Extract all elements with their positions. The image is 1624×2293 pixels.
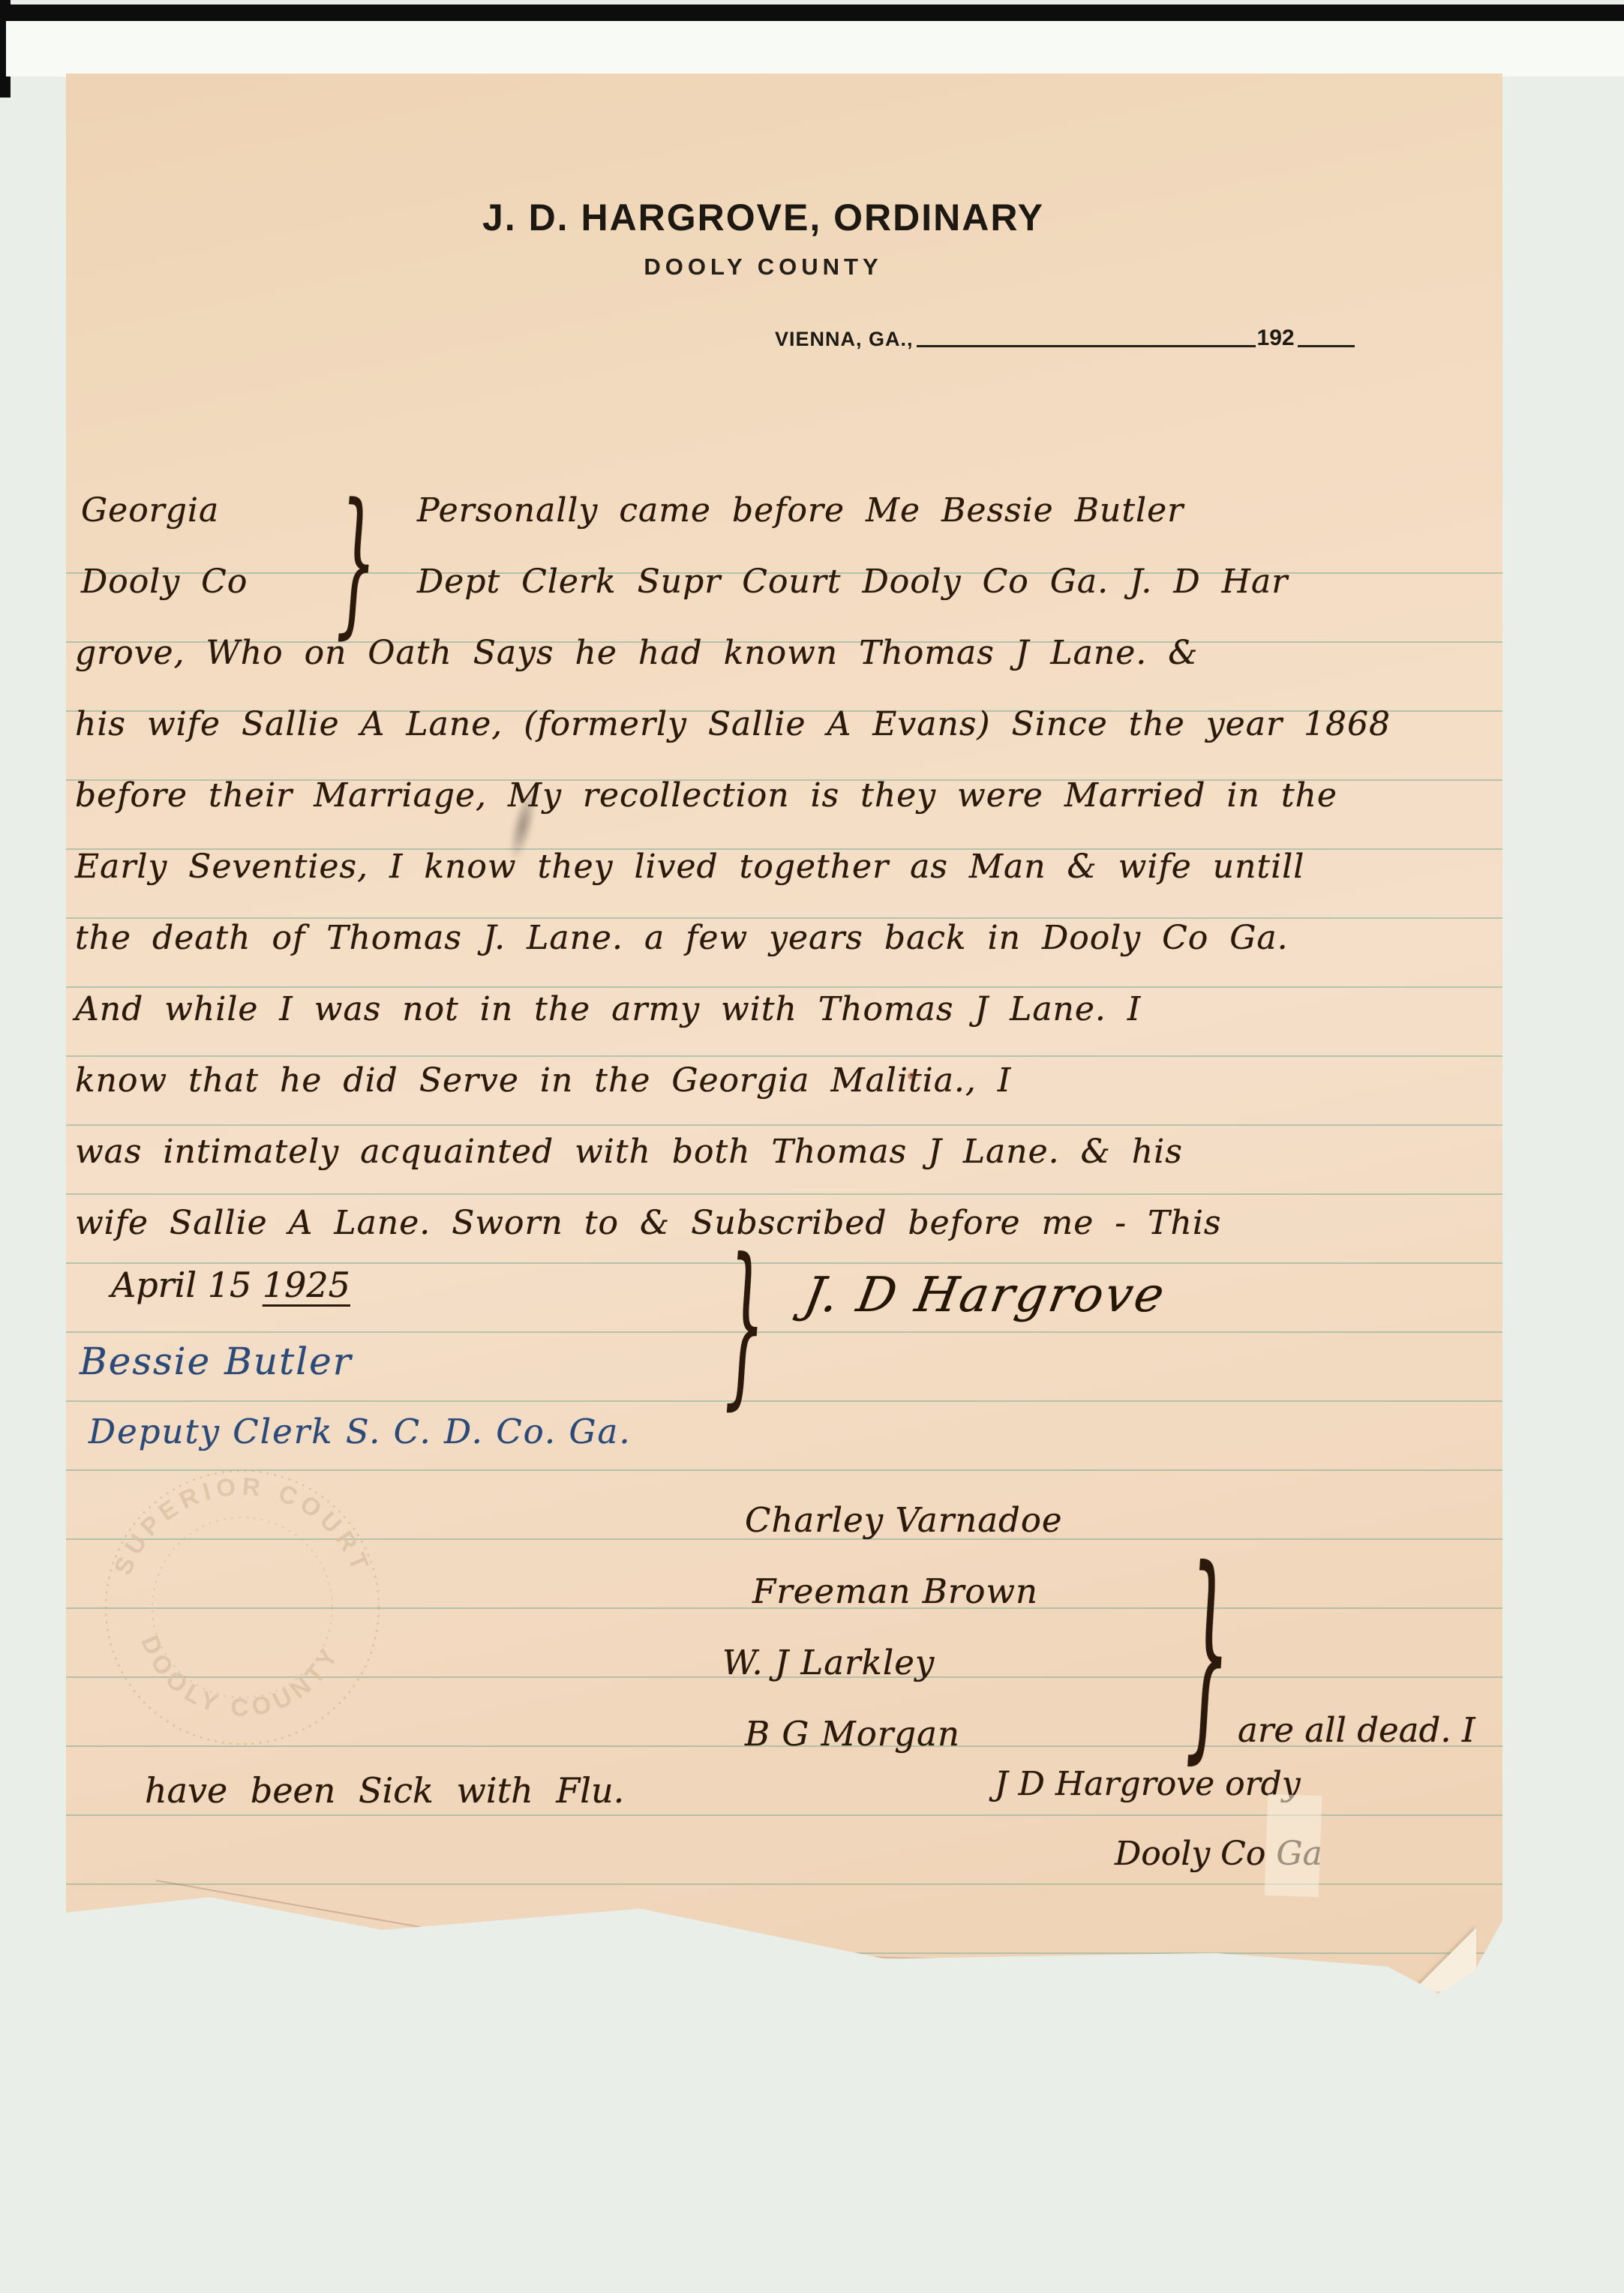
letterhead-year-prefix: 192 [1257,326,1295,351]
affidavit-line: GeorgiaPersonally came before Me Bessie … [75,475,1480,546]
flu-note: have been Sick with Flu. [145,1770,624,1811]
venue-state: Georgia [75,475,329,546]
date-year: 1925 [263,1265,350,1305]
deputy-clerk-title: Deputy Clerk S. C. D. Co. Ga. [89,1412,632,1451]
scanner-backing-band [6,21,1624,77]
affidavit-line: Dooly CoDept Clerk Supr Court Dooly Co G… [75,546,1480,617]
letterhead-title: J. D. HARGROVE, ORDINARY [45,196,1481,239]
affidavit-body: GeorgiaPersonally came before Me Bessie … [75,475,1480,1259]
affidavit-line: know that he did Serve in the Georgia Ma… [75,1045,1480,1116]
witnesses-dead-note: are all dead. I [1238,1710,1475,1750]
witness-name: Charley Varnadoe [745,1500,1063,1540]
date-blank-line [917,345,1256,347]
witness-name: W. J Larkley [722,1643,935,1682]
affidavit-line: grove, Who on Oath Says he had known Tho… [75,617,1480,689]
ordinary-signature: J. D Hargrove [800,1268,1170,1323]
venue-county: Dooly Co [75,546,329,617]
signature-brace: } [725,1238,764,1413]
letterhead-place: VIENNA, GA., [775,328,914,351]
affidavit-line: And while I was not in the army with Tho… [75,974,1480,1045]
affidavit-line: the death of Thomas J. Lane. a few years… [75,902,1480,974]
deputy-clerk-signature: Bessie Butler [80,1340,353,1383]
letterhead-county: DOOLY COUNTY [45,254,1481,281]
affidavit-line: before their Marriage, My recollection i… [75,760,1480,831]
witness-brace: } [1185,1542,1230,1767]
embossed-superior-court-seal: SUPERIOR COURT DOOLY COUNTY GA. [77,1442,407,1772]
witness-name: B G Morgan [745,1714,960,1754]
affidavit-date: April 15 1925 [111,1265,350,1305]
scanned-document: SUPERIOR COURT DOOLY COUNTY GA. J. D. HA… [0,0,1624,2293]
affidavit-text: Dept Clerk Supr Court Dooly Co Ga. J. D … [417,563,1288,601]
affidavit-line: Early Seventies, I know they lived toget… [75,831,1480,902]
letter-paper: SUPERIOR COURT DOOLY COUNTY GA. J. D. HA… [66,74,1502,2001]
affidavit-line: was intimately acquainted with both Thom… [75,1116,1480,1187]
tape-mark [1265,1794,1322,1897]
closing-signature: J D Hargrove ordy [995,1765,1301,1803]
year-blank-line [1298,345,1355,347]
stain-spot [908,1073,914,1079]
witness-name: Freeman Brown [752,1571,1038,1611]
seal-top-text: SUPERIOR COURT [109,1472,377,1578]
affidavit-line: wife Sallie A Lane. Sworn to & Subscribe… [75,1187,1480,1259]
scanner-edge-top [0,5,1624,21]
affidavit-line: his wife Sallie A Lane, (formerly Sallie… [75,689,1480,760]
date-prefix: April 15 [111,1265,251,1305]
dog-ear-fold [1412,1928,1476,1991]
affidavit-text: Personally came before Me Bessie Butler [417,491,1184,530]
letterhead-dateline: VIENNA, GA., 192 [775,326,1355,351]
